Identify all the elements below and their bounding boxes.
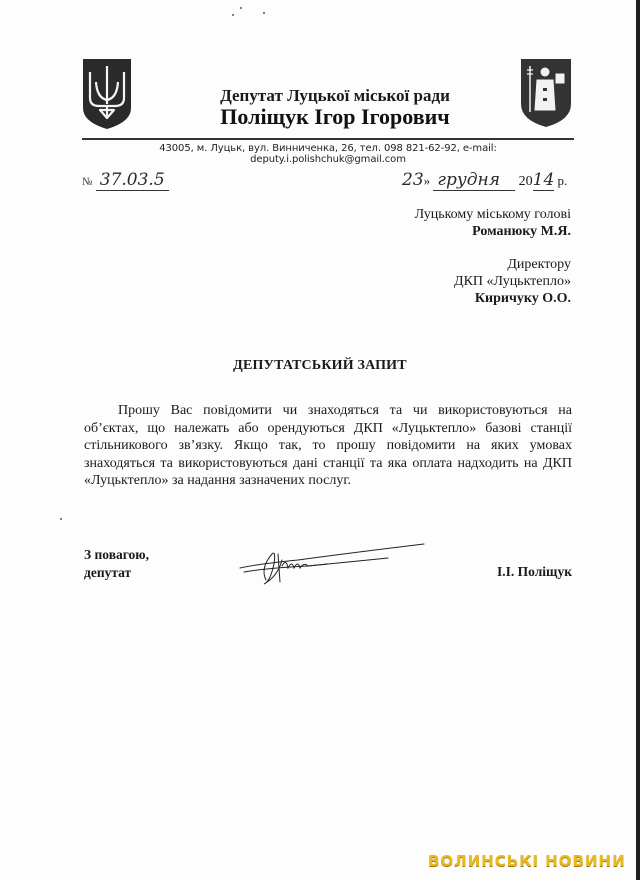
letterhead-subtitle: Депутат Луцької міської ради [190, 86, 480, 106]
handwritten-reference-number: 37.03.5 [96, 170, 169, 191]
request-body: Прошу Вас повідомити чи знаходяться та ч… [84, 402, 572, 490]
addressee-director: Директору ДКП «Луцьктепло» Киричуку О.О. [454, 256, 571, 307]
date-day: 23 [402, 170, 424, 190]
scan-edge-shadow [636, 0, 640, 880]
addressee-name: Киричуку О.О. [454, 290, 571, 307]
letterhead-divider [82, 138, 574, 140]
publisher-watermark: ВОЛИНСЬКІ НОВИНИ [428, 852, 626, 870]
number-sign: № [82, 176, 93, 188]
letter-date: 23» грудня 2014 р. [402, 170, 567, 191]
date-month: грудня [433, 170, 515, 191]
addressee-position: Директору [454, 256, 571, 273]
closing-block: З повагою, депутат [84, 546, 149, 582]
scan-speck [240, 7, 242, 9]
scan-speck [263, 12, 265, 14]
trident-emblem-icon [82, 58, 132, 130]
closing-title: депутат [84, 564, 149, 582]
scanned-letter-page: Депутат Луцької міської ради Поліщук Іго… [0, 0, 640, 880]
signer-name: І.І. Поліщук [480, 564, 572, 580]
scan-speck [60, 518, 62, 520]
addressee-position: Луцькому міському голові [415, 206, 571, 223]
signature-icon [238, 538, 428, 588]
letterhead-name: Поліщук Ігор Ігорович [190, 104, 480, 130]
addressee-mayor: Луцькому міському голові Романюку М.Я. [415, 206, 571, 240]
addressee-name: Романюку М.Я. [415, 223, 571, 240]
scan-speck [232, 14, 234, 16]
date-quote: » [424, 173, 431, 188]
reference-number: № 37.03.5 [82, 170, 169, 191]
date-year-suffix: 14 [533, 170, 555, 191]
date-year-prefix: 20 [519, 174, 533, 189]
letterhead-address: 43005, м. Луцьк, вул. Винниченка, 26, те… [82, 143, 574, 165]
closing-salutation: З повагою, [84, 546, 149, 564]
body-paragraph: Прошу Вас повідомити чи знаходяться та ч… [84, 402, 572, 490]
addressee-organization: ДКП «Луцьктепло» [454, 273, 571, 290]
date-suffix: р. [558, 173, 568, 188]
city-coat-of-arms-icon [520, 58, 572, 128]
document-title: ДЕПУТАТСЬКИЙ ЗАПИТ [0, 358, 640, 374]
